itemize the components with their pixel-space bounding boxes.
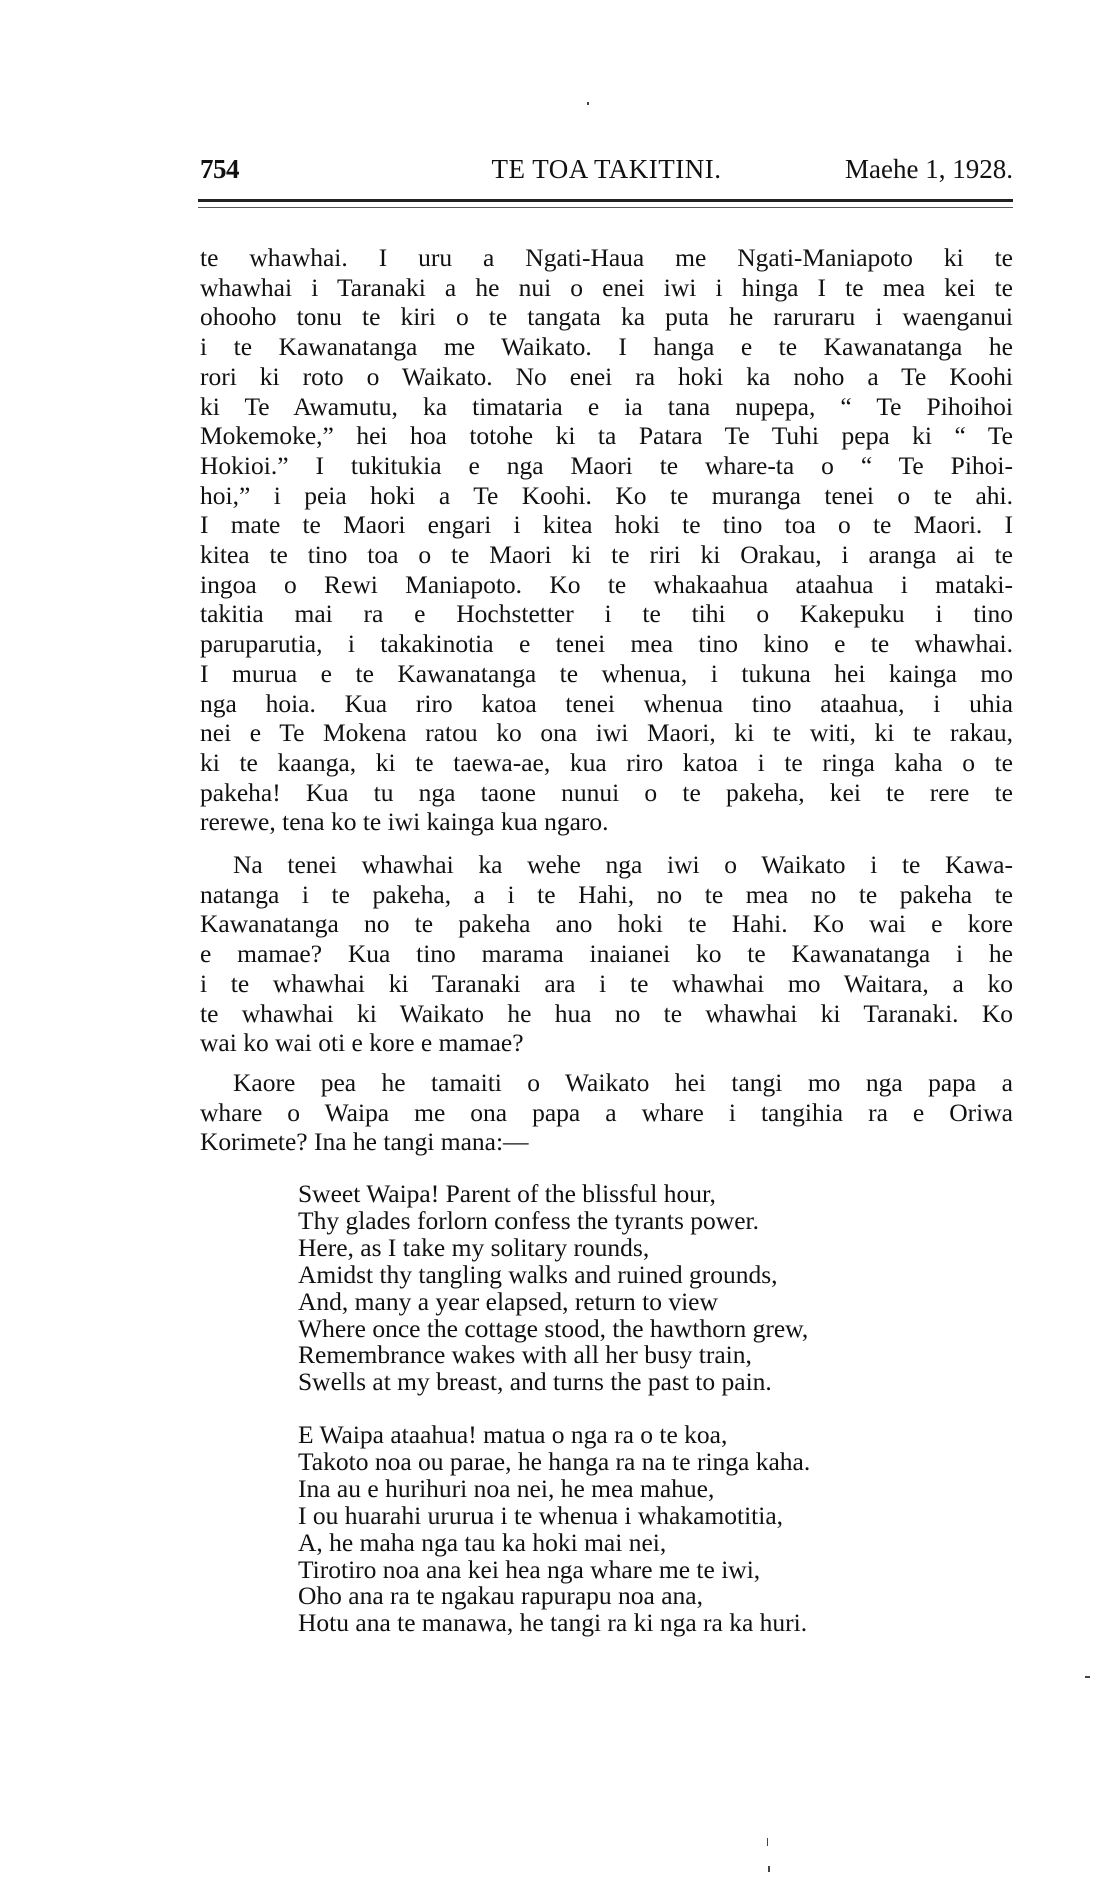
text-line: ohooho tonu te kiri o te tangata ka puta… xyxy=(200,302,1013,332)
text-line: wai ko wai oti e kore e mamae? xyxy=(200,1028,1013,1058)
text-line: ki te kaanga, ki te taewa-ae, kua riro k… xyxy=(200,748,1013,778)
text-line: hoi,” i peia hoki a Te Koohi. Ko te mura… xyxy=(200,481,1013,511)
poem-line: Hotu ana te manawa, he tangi ra ki nga r… xyxy=(298,1610,810,1637)
poem-line: Ina au e hurihuri noa nei, he mea mahue, xyxy=(298,1476,810,1503)
text-line: Hokioi.” I tukitukia e nga Maori te whar… xyxy=(200,451,1013,481)
text-line: te whawhai ki Waikato he hua no te whawh… xyxy=(200,999,1013,1029)
text-line: natanga i te pakeha, a i te Hahi, no te … xyxy=(200,880,1013,910)
paragraph-1: te whawhai. I uru a Ngati-Haua me Ngati-… xyxy=(200,243,1013,837)
header-rule-thick xyxy=(198,199,1013,202)
poem-line: Tirotiro noa ana kei hea nga whare me te… xyxy=(298,1557,810,1584)
text-line: nei e Te Mokena ratou ko ona iwi Maori, … xyxy=(200,718,1013,748)
paragraph-3: Kaore pea he tamaiti o Waikato hei tangi… xyxy=(200,1068,1013,1157)
text-line: i te Kawanatanga me Waikato. I hanga e t… xyxy=(200,332,1013,362)
text-line: Korimete? Ina he tangi mana:— xyxy=(200,1127,1013,1157)
text-line: e mamae? Kua tino marama inaianei ko te … xyxy=(200,939,1013,969)
paragraph-2: Na tenei whawhai ka wehe nga iwi o Waika… xyxy=(200,850,1013,1058)
poem-line: And, many a year elapsed, return to view xyxy=(298,1289,808,1316)
poem-line: Sweet Waipa! Parent of the blissful hour… xyxy=(298,1181,808,1208)
text-line: Kawanatanga no te pakeha ano hoki te Hah… xyxy=(200,909,1013,939)
text-line: Mokemoke,” hei hoa totohe ki ta Patara T… xyxy=(200,421,1013,451)
text-line: pakeha! Kua tu nga taone nunui o te pake… xyxy=(200,778,1013,808)
text-line: Kaore pea he tamaiti o Waikato hei tangi… xyxy=(200,1068,1013,1098)
text-line: whawhai i Taranaki a he nui o enei iwi i… xyxy=(200,273,1013,303)
scan-speck xyxy=(768,1866,770,1872)
poem-line: Remembrance wakes with all her busy trai… xyxy=(298,1342,808,1369)
text-line: I murua e te Kawanatanga te whenua, i tu… xyxy=(200,659,1013,689)
poem-line: Thy glades forlorn confess the tyrants p… xyxy=(298,1208,808,1235)
poem-line: Oho ana ra te ngakau rapurapu noa ana, xyxy=(298,1583,810,1610)
scan-speck xyxy=(587,102,589,105)
scan-speck xyxy=(1085,1676,1090,1678)
text-line: rori ki roto o Waikato. No enei ra hoki … xyxy=(200,362,1013,392)
poem-maori: E Waipa ataahua! matua o nga ra o te koa… xyxy=(298,1422,810,1637)
poem-english: Sweet Waipa! Parent of the blissful hour… xyxy=(298,1181,808,1396)
text-line: takitia mai ra e Hochstetter i te tihi o… xyxy=(200,599,1013,629)
poem-line: Takoto noa ou parae, he hanga ra na te r… xyxy=(298,1449,810,1476)
text-line: i te whawhai ki Taranaki ara i te whawha… xyxy=(200,969,1013,999)
text-line: ki Te Awamutu, ka timataria e ia tana nu… xyxy=(200,392,1013,422)
poem-line: A, he maha nga tau ka hoki mai nei, xyxy=(298,1530,810,1557)
poem-line: Where once the cottage stood, the hawtho… xyxy=(298,1316,808,1343)
scan-speck xyxy=(767,1838,768,1846)
text-line: whare o Waipa me ona papa a whare i tang… xyxy=(200,1098,1013,1128)
text-line: Na tenei whawhai ka wehe nga iwi o Waika… xyxy=(200,850,1013,880)
poem-line: E Waipa ataahua! matua o nga ra o te koa… xyxy=(298,1422,810,1449)
header-rule-thin xyxy=(198,207,1013,208)
body-text: te whawhai. I uru a Ngati-Haua me Ngati-… xyxy=(200,243,1013,1157)
text-line: I mate te Maori engari i kitea hoki te t… xyxy=(200,510,1013,540)
poem-line: Swells at my breast, and turns the past … xyxy=(298,1369,808,1396)
poem-line: Here, as I take my solitary rounds, xyxy=(298,1235,808,1262)
text-line: rerewe, tena ko te iwi kainga kua ngaro. xyxy=(200,807,1013,837)
text-line: ingoa o Rewi Maniapoto. Ko te whakaahua … xyxy=(200,570,1013,600)
issue-date: Maehe 1, 1928. xyxy=(845,151,1013,187)
poem-line: I ou huarahi ururua i te whenua i whakam… xyxy=(298,1503,810,1530)
text-line: te whawhai. I uru a Ngati-Haua me Ngati-… xyxy=(200,243,1013,273)
text-line: nga hoia. Kua riro katoa tenei whenua ti… xyxy=(200,689,1013,719)
text-line: paruparutia, i takakinotia e tenei mea t… xyxy=(200,629,1013,659)
text-line: kitea te tino toa o te Maori ki te riri … xyxy=(200,540,1013,570)
running-head: 754 TE TOA TAKITINI. Maehe 1, 1928. xyxy=(200,151,1013,187)
poem-line: Amidst thy tangling walks and ruined gro… xyxy=(298,1262,808,1289)
